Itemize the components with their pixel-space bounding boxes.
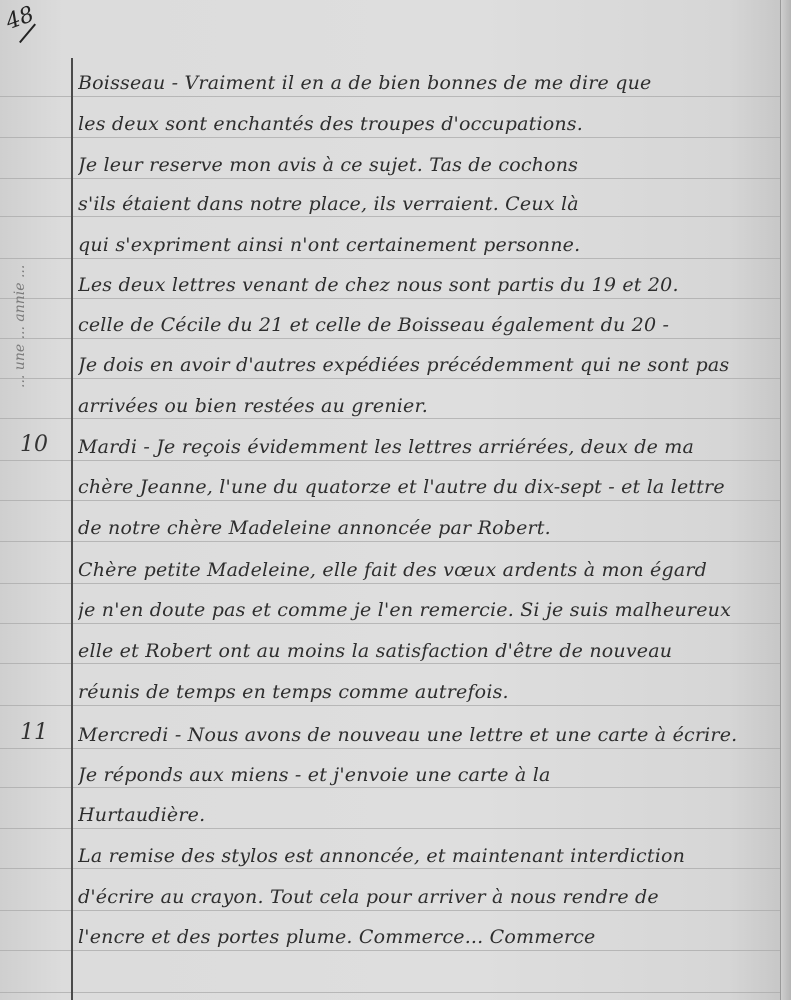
margin-side-note: ... une ... annie ...	[12, 28, 28, 388]
ruled-line	[0, 663, 791, 664]
text-line: arrivées ou bien restées au grenier.	[78, 395, 767, 417]
text-line: chère Jeanne, l'une du quatorze et l'aut…	[78, 476, 767, 498]
ruled-line	[0, 910, 791, 911]
ruled-line	[0, 623, 791, 624]
ruled-line	[0, 96, 791, 97]
text-line: Les deux lettres venant de chez nous son…	[78, 274, 767, 296]
ruled-line	[0, 338, 791, 339]
ruled-line	[0, 583, 791, 584]
ruled-line	[0, 460, 791, 461]
ruled-line	[0, 378, 791, 379]
ruled-line	[0, 541, 791, 542]
text-line: Mardi - Je reçois évidemment les lettres…	[78, 436, 767, 458]
ruled-line	[0, 992, 791, 993]
text-line: d'écrire au crayon. Tout cela pour arriv…	[78, 886, 767, 908]
text-line: qui s'expriment ainsi n'ont certainement…	[78, 234, 767, 256]
ruled-line	[0, 298, 791, 299]
text-line: celle de Cécile du 21 et celle de Boisse…	[78, 314, 767, 336]
ruled-line	[0, 216, 791, 217]
text-line: Je leur reserve mon avis à ce sujet. Tas…	[78, 154, 767, 176]
margin-line	[71, 58, 73, 1000]
ruled-line	[0, 748, 791, 749]
text-line: de notre chère Madeleine annoncée par Ro…	[78, 517, 767, 539]
ruled-line	[0, 258, 791, 259]
journal-page: 48 ... une ... annie ... Boisseau - Vrai…	[0, 0, 791, 1000]
text-line: La remise des stylos est annoncée, et ma…	[78, 845, 767, 867]
text-line: s'ils étaient dans notre place, ils verr…	[78, 193, 767, 215]
text-line: Mercredi - Nous avons de nouveau une let…	[78, 724, 767, 746]
text-line: Chère petite Madeleine, elle fait des vœ…	[78, 559, 767, 581]
text-line: Je dois en avoir d'autres expédiées préc…	[78, 354, 767, 376]
text-line: réunis de temps en temps comme autrefois…	[78, 681, 767, 703]
day-number: 11	[20, 720, 48, 745]
text-line: l'encre et des portes plume. Commerce...…	[78, 926, 767, 948]
ruled-line	[0, 418, 791, 419]
ruled-line	[0, 137, 791, 138]
text-line: elle et Robert ont au moins la satisfact…	[78, 640, 767, 662]
text-line: je n'en doute pas et comme je l'en remer…	[78, 599, 767, 621]
ruled-line	[0, 828, 791, 829]
ruled-line	[0, 787, 791, 788]
ruled-line	[0, 950, 791, 951]
ruled-line	[0, 500, 791, 501]
text-line: Je réponds aux miens - et j'envoie une c…	[78, 764, 767, 786]
text-line: Hurtaudière.	[78, 804, 767, 826]
ruled-line	[0, 868, 791, 869]
day-number: 10	[20, 432, 48, 457]
text-line: Boisseau - Vraiment il en a de bien bonn…	[78, 72, 767, 94]
text-line: les deux sont enchantés des troupes d'oc…	[78, 113, 767, 135]
ruled-line	[0, 705, 791, 706]
ruled-line	[0, 178, 791, 179]
page-binding-edge	[780, 0, 791, 1000]
